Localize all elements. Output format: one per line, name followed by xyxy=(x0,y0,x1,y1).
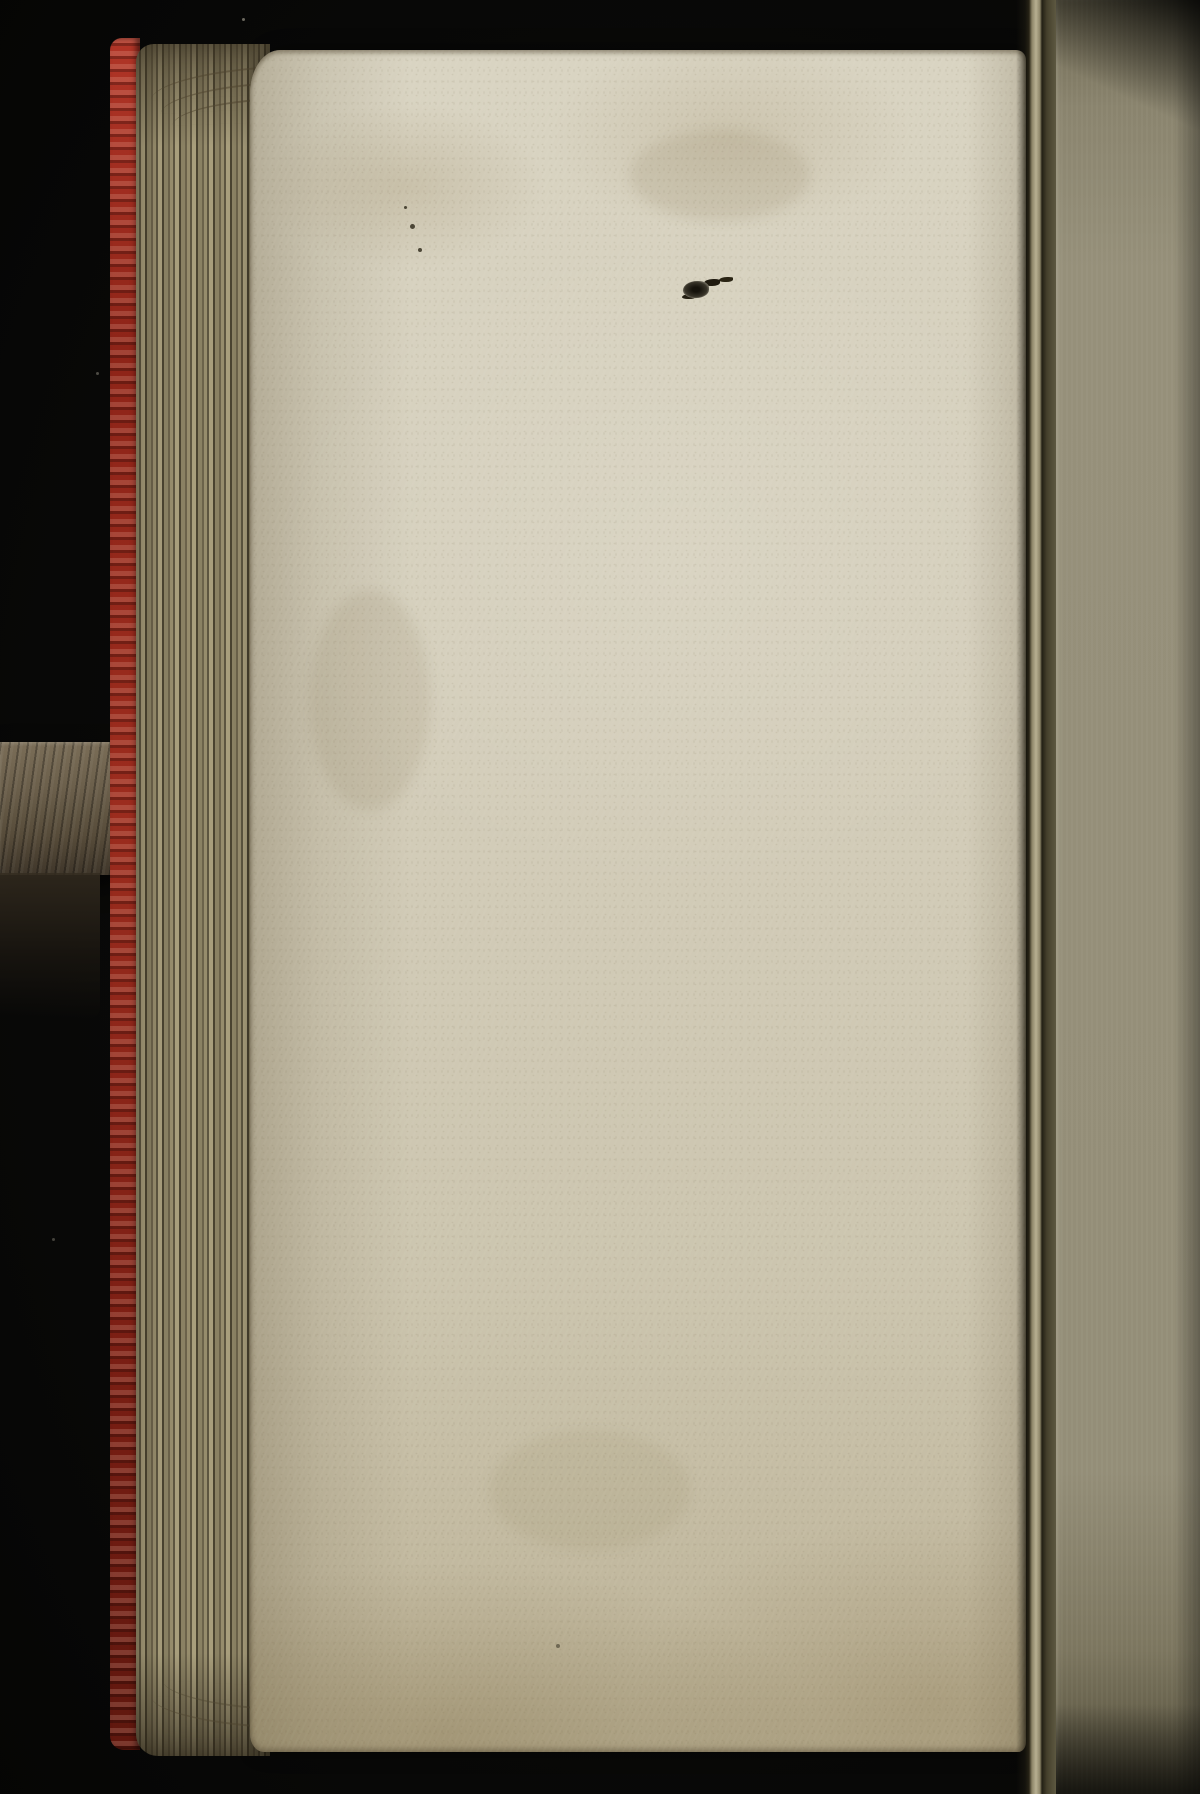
facing-page-text-fragments xyxy=(0,0,1200,1794)
manuscript-photograph xyxy=(0,0,1200,1794)
